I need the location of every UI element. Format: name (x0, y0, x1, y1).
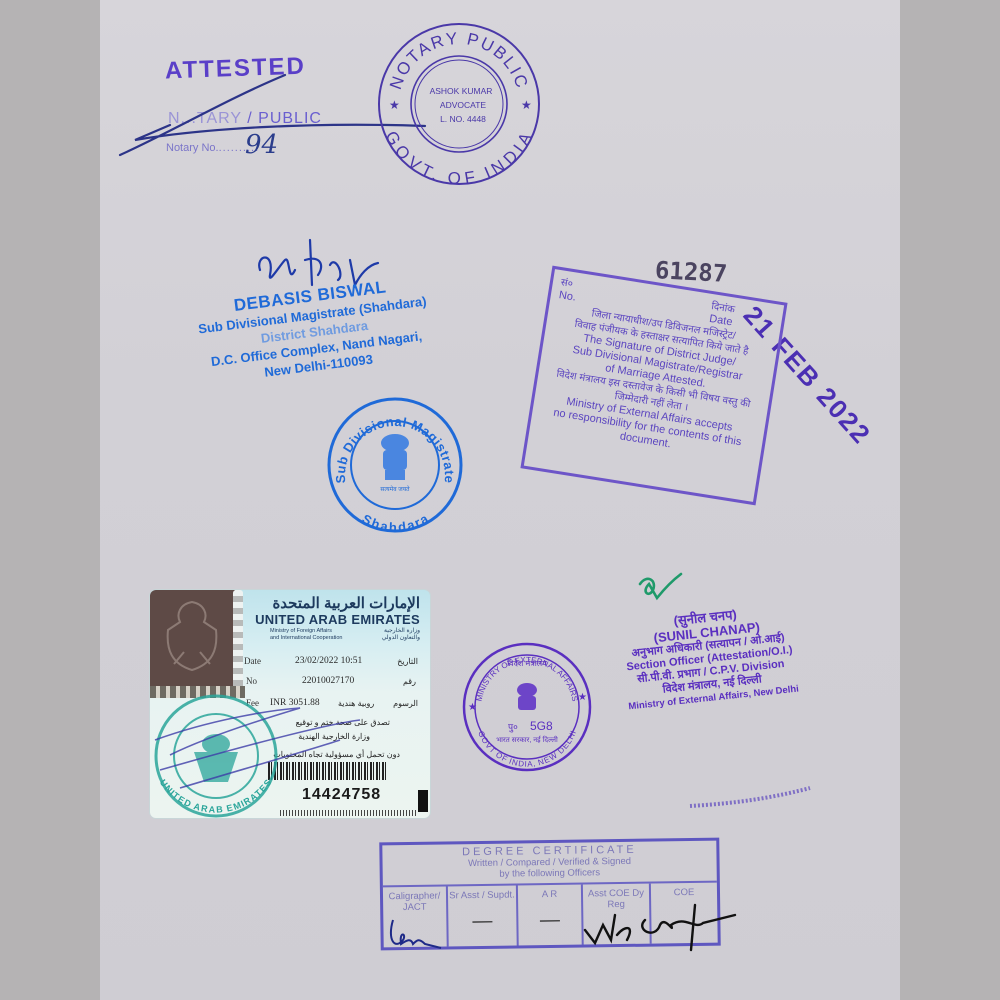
uae-ministry-en: Ministry of Foreign Affairs and Internat… (270, 628, 342, 642)
mea-attestation-box-stamp: सं० No. दिनांक Date जिला न्यायाधीश/उप डि… (520, 266, 787, 506)
officer-signatures (575, 885, 745, 955)
ashoka-emblem-icon (381, 434, 409, 480)
svg-text:पु०: पु० (508, 722, 518, 733)
uae-signature-scribble (150, 680, 430, 790)
svg-text:ASHOK KUMAR: ASHOK KUMAR (430, 86, 493, 96)
notary-public-seal: NOTARY PUBLIC GOVT. OF INDIA ★ ★ ASHOK K… (375, 20, 543, 188)
uae-date-label-ar: التاريخ (397, 657, 418, 666)
uae-arabic-title: الإمارات العربية المتحدة (272, 594, 420, 612)
svg-text:★: ★ (389, 98, 400, 112)
section-officer-stamp: (सुनील चनप) (SUNIL CHANAP) अनुभाग अधिकार… (590, 598, 829, 717)
uae-ministry-ar: وزارة الخارجية والتعاون الدولي (382, 628, 420, 642)
degree-col-sr-asst: Sr Asst / Supdt.— (448, 885, 519, 946)
sdm-name-stamp: DEBASIS BISWAL Sub Divisional Magistrate… (160, 268, 468, 392)
mea-round-seal: विदेश मंत्रालय MINISTRY OF EXTERNAL AFFA… (460, 640, 594, 774)
certificate-paper: ATTESTED N...TARY / PUBLIC Notary No....… (100, 0, 900, 1000)
uae-falcon-emblem-icon (150, 590, 235, 686)
svg-text:★: ★ (468, 702, 477, 713)
svg-text:★: ★ (578, 692, 587, 703)
svg-text:5G8: 5G8 (530, 719, 553, 733)
uae-attestation-sticker: الإمارات العربية المتحدة UNITED ARAB EMI… (150, 590, 430, 818)
sdm-round-seal: Sub Divisional Magistrate Shahdara सत्यम… (325, 395, 465, 535)
uae-title: UNITED ARAB EMIRATES (255, 612, 420, 627)
uae-date-value: 23/02/2022 10:51 (295, 656, 362, 666)
svg-text:भारत सरकार, नई दिल्ली: भारत सरकार, नई दिल्ली (496, 735, 558, 744)
svg-text:L. NO. 4448: L. NO. 4448 (440, 114, 486, 124)
svg-text:सत्यमेव जयते: सत्यमेव जयते (380, 485, 410, 493)
svg-text:GOVT. OF INDIA: GOVT. OF INDIA (381, 128, 536, 188)
svg-text:GOVT OF INDIA, NEW DELHI: GOVT OF INDIA, NEW DELHI (476, 730, 578, 769)
green-initial-mark (635, 570, 685, 606)
ashoka-emblem-icon (517, 683, 537, 710)
degree-col-ar: A R— (518, 885, 584, 946)
svg-text:Shahdara: Shahdara (359, 511, 431, 535)
svg-text:★: ★ (521, 98, 532, 112)
caligrapher-signature (385, 910, 445, 955)
ink-smudge (685, 782, 815, 812)
svg-text:ADVOCATE: ADVOCATE (440, 100, 486, 110)
uae-date-label: Date (244, 656, 261, 666)
